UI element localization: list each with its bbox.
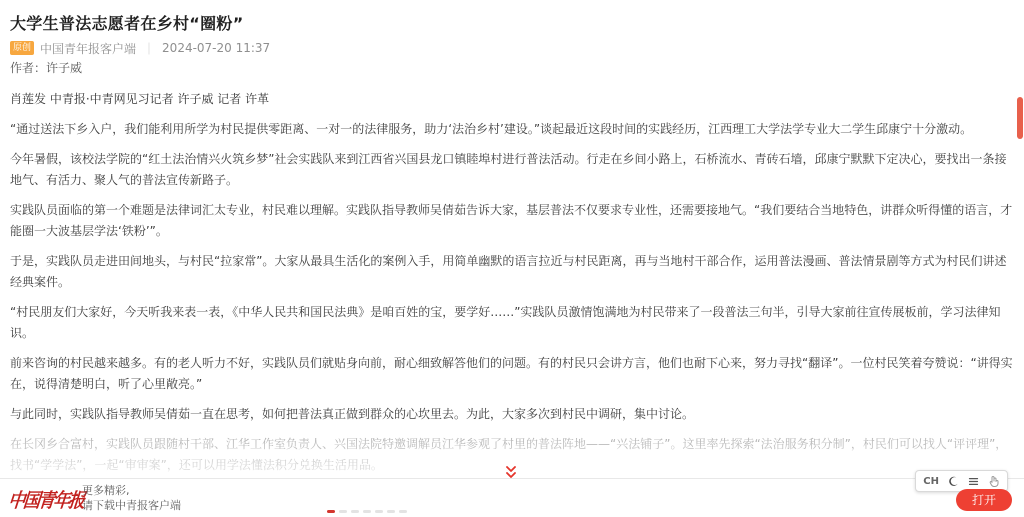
moon-icon (948, 476, 959, 487)
hand-icon (988, 475, 1000, 487)
dark-mode-toggle[interactable] (948, 476, 959, 487)
article-body: 肖莲发 中青报·中青网见习记者 许子威 记者 许革 “通过送法下乡入户，我们能利… (10, 89, 1016, 476)
menu-button[interactable] (968, 476, 979, 487)
pagination-dot[interactable] (375, 510, 383, 513)
article-title: 大学生普法志愿者在乡村“圈粉” (10, 14, 1016, 33)
article-paragraph: 于是，实践队员走进田间地头，与村民“拉家常”。大家从最具生活化的案例入手，用简单… (10, 251, 1016, 293)
download-promo-text: 更多精彩, 请下载中青报客户端 (82, 483, 181, 513)
language-toggle[interactable]: CH (923, 476, 939, 487)
promo-line-2: 请下载中青报客户端 (82, 498, 181, 513)
pagination-dot[interactable] (339, 510, 347, 513)
article-paragraph: 前来咨询的村民越来越多。有的老人听力不好，实践队员们就贴身向前，耐心细致解答他们… (10, 353, 1016, 395)
source-name: 中国青年报客户端 (40, 40, 136, 57)
article: 大学生普法志愿者在乡村“圈粉” 原创 中国青年报客户端 ｜ 2024-07-20… (10, 14, 1016, 476)
pagination-dot[interactable] (327, 510, 335, 513)
cyol-newspaper-logo: 中国青年报 (7, 484, 85, 513)
original-badge: 原创 (10, 41, 34, 55)
scrollbar-thumb[interactable] (1017, 97, 1023, 139)
author-line: 作者：许子威 (10, 59, 1016, 74)
article-paragraph: “村民朋友们大家好，今天听我来表一表，《中华人民共和国民法典》是咱百姓的宝，要学… (10, 302, 1016, 344)
drag-handle-button[interactable] (988, 475, 1000, 487)
pagination-dot[interactable] (387, 510, 395, 513)
pagination-dot[interactable] (351, 510, 359, 513)
meta-separator: ｜ (143, 40, 155, 57)
carousel-pagination-dots[interactable] (327, 510, 407, 513)
publish-datetime: 2024-07-20 11:37 (162, 41, 270, 55)
article-meta: 原创 中国青年报客户端 ｜ 2024-07-20 11:37 (10, 40, 1016, 56)
article-paragraph: 与此同时，实践队指导教师吴倩茹一直在思考，如何把普法真正做到群众的心坎里去。为此… (10, 404, 1016, 425)
pagination-dot[interactable] (399, 510, 407, 513)
menu-icon (968, 476, 979, 487)
open-in-app-button[interactable]: 打开 (956, 489, 1012, 511)
promo-line-1: 更多精彩, (82, 483, 181, 498)
article-byline: 肖莲发 中青报·中青网见习记者 许子威 记者 许革 (10, 89, 1016, 110)
article-paragraph: 今年暑假，该校法学院的“红土法治情兴火筑乡梦”社会实践队来到江西省兴国县龙口镇睦… (10, 149, 1016, 191)
article-paragraph: “通过送法下乡入户，我们能利用所学为村民提供零距离、一对一的法律服务，助力‘法治… (10, 119, 1016, 140)
app-download-footer: 中国青年报 更多精彩, 请下载中青报客户端 (0, 478, 1024, 517)
pagination-dot[interactable] (363, 510, 371, 513)
article-paragraph: 实践队员面临的第一个难题是法律词汇太专业，村民难以理解。实践队指导教师吴倩茹告诉… (10, 200, 1016, 242)
